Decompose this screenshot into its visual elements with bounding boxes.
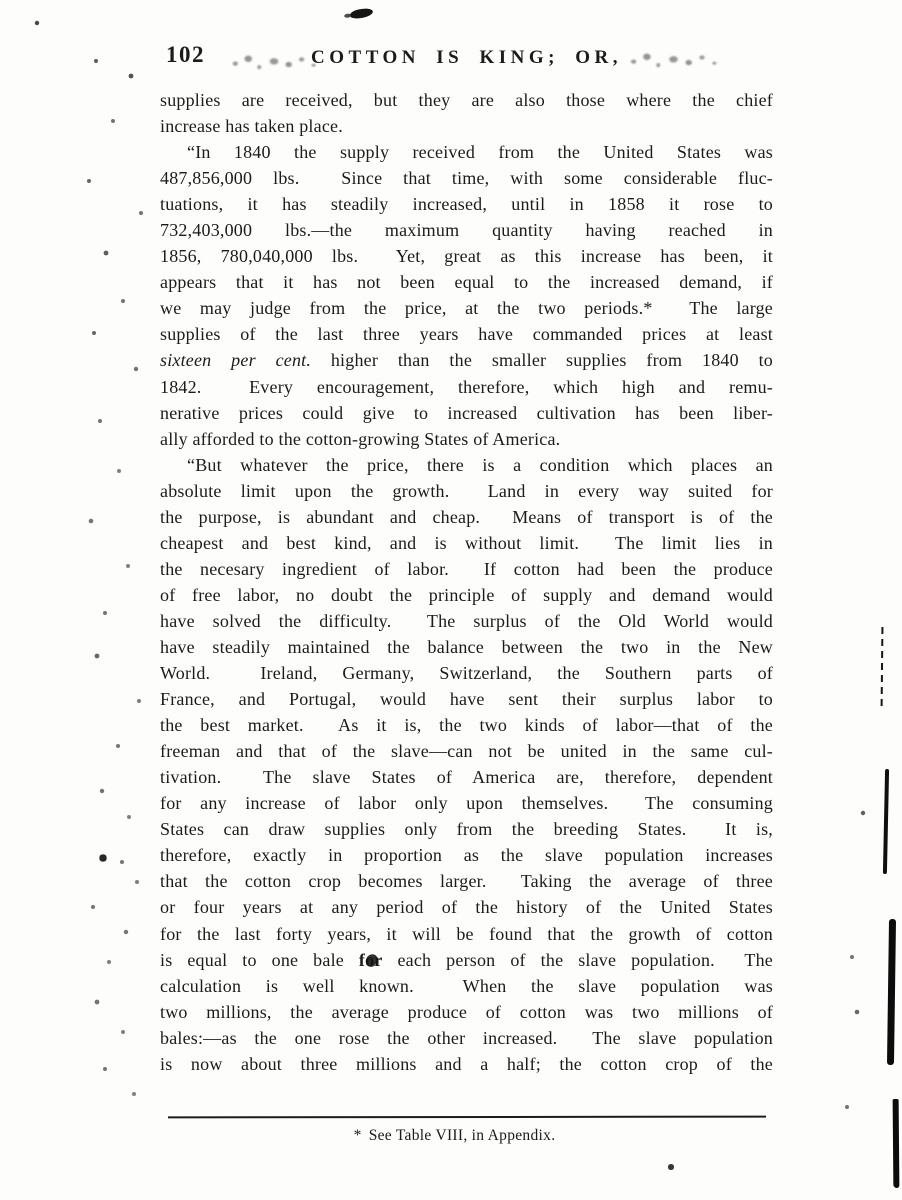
- text-segment: increase has taken place.: [160, 116, 343, 136]
- text-segment: for any increase of labor only upon them…: [160, 793, 773, 813]
- scan-edge-mark: [893, 1099, 900, 1188]
- text-line: “But whatever the price, there is a cond…: [160, 452, 773, 478]
- text-segment: supplies are received, but they are also…: [160, 90, 773, 110]
- text-segment: nerative prices could give to increased …: [160, 403, 773, 423]
- text-line: sixteen per cent. higher than the smalle…: [160, 347, 773, 373]
- text-segment: tivation. The slave States of America ar…: [160, 767, 773, 787]
- text-line: therefore, exactly in proportion as the …: [160, 842, 773, 868]
- text-segment: absolute limit upon the growth. Land in …: [160, 481, 773, 501]
- text-line: the purpose, is abundant and cheap. Mean…: [160, 504, 773, 530]
- text-segment: States can draw supplies only from the b…: [160, 819, 773, 839]
- text-segment: that the cotton crop becomes larger. Tak…: [160, 871, 773, 891]
- ink-smudge-artifact: [626, 44, 721, 76]
- footnote-rule: [168, 1116, 766, 1119]
- text-segment: “But whatever the price, there is a cond…: [187, 455, 773, 475]
- text-segment: of free labor, no doubt the principle of…: [160, 585, 773, 605]
- text-segment: each person of the slave population. The: [383, 950, 774, 970]
- text-line: or four years at any period of the histo…: [160, 894, 773, 920]
- text-line: freeman and that of the slave—can not be…: [160, 738, 773, 764]
- text-segment: calculation is well known. When the slav…: [160, 976, 773, 996]
- text-line: bales:—as the one rose the other increas…: [160, 1025, 773, 1051]
- text-line: cheapest and best kind, and is without l…: [160, 530, 773, 556]
- text-segment: the purpose, is abundant and cheap. Mean…: [160, 507, 773, 527]
- text-segment: is equal to one bale: [160, 950, 359, 970]
- text-segment: the necesary ingredient of labor. If cot…: [160, 559, 773, 579]
- text-segment: bales:—as the one rose the other increas…: [160, 1028, 773, 1048]
- text-line: 1856, 780,040,000 lbs. Yet, great as thi…: [160, 243, 773, 269]
- text-line: tuations, it has steadily increased, unt…: [160, 191, 773, 217]
- text-line: for any increase of labor only upon them…: [160, 790, 773, 816]
- text-segment: France, and Portugal, would have sent th…: [160, 689, 773, 709]
- text-block: supplies are received, but they are also…: [160, 87, 773, 1077]
- footnote: *See Table VIII, in Appendix.: [148, 1127, 761, 1145]
- text-segment: World. Ireland, Germany, Switzerland, th…: [160, 663, 773, 683]
- text-segment: 1842. Every encouragement, therefore, wh…: [160, 377, 773, 397]
- ink-smudge-artifact: [228, 46, 320, 78]
- text-line: have steadily maintained the balance bet…: [160, 634, 773, 660]
- text-segment: for the last forty years, it will be fou…: [160, 924, 773, 944]
- text-line: supplies are received, but they are also…: [160, 87, 773, 113]
- text-segment: 1856, 780,040,000 lbs. Yet, great as thi…: [160, 246, 773, 266]
- text-segment: or four years at any period of the histo…: [160, 897, 773, 917]
- text-segment: appears that it has not been equal to th…: [160, 272, 773, 292]
- text-line: “In 1840 the supply received from the Un…: [160, 139, 773, 165]
- text-line: supplies of the last three years have co…: [160, 321, 773, 347]
- text-segment: “In 1840 the supply received from the Un…: [187, 142, 773, 162]
- text-segment: therefore, exactly in proportion as the …: [160, 845, 773, 865]
- text-segment: cheapest and best kind, and is without l…: [160, 533, 773, 553]
- text-segment: have steadily maintained the balance bet…: [160, 637, 773, 657]
- text-segment: supplies of the last three years have co…: [160, 324, 773, 344]
- text-line: absolute limit upon the growth. Land in …: [160, 478, 773, 504]
- scan-edge-mark: [881, 627, 884, 710]
- text-segment: higher than the smaller supplies from 18…: [311, 350, 773, 370]
- text-line: World. Ireland, Germany, Switzerland, th…: [160, 660, 773, 686]
- text-segment: the best market. As it is, the two kinds…: [160, 715, 773, 735]
- text-line: appears that it has not been equal to th…: [160, 269, 773, 295]
- text-segment: have solved the difficulty. The surplus …: [160, 611, 773, 631]
- text-line: we may judge from the price, at the two …: [160, 295, 773, 321]
- text-line: 1842. Every encouragement, therefore, wh…: [160, 374, 773, 400]
- text-line: that the cotton crop becomes larger. Tak…: [160, 868, 773, 894]
- text-line: the necesary ingredient of labor. If cot…: [160, 556, 773, 582]
- text-segment: for: [359, 950, 383, 970]
- text-line: of free labor, no doubt the principle of…: [160, 582, 773, 608]
- ink-blob-artifact: [350, 8, 374, 20]
- text-line: increase has taken place.: [160, 113, 773, 139]
- text-segment: 487,856,000 lbs. Since that time, with s…: [160, 168, 773, 188]
- text-line: for the last forty years, it will be fou…: [160, 921, 773, 947]
- scan-edge-mark: [883, 769, 889, 874]
- text-line: 732,403,000 lbs.—the maximum quantity ha…: [160, 217, 773, 243]
- text-line: calculation is well known. When the slav…: [160, 973, 773, 999]
- text-segment: we may judge from the price, at the two …: [160, 298, 773, 318]
- text-line: 487,856,000 lbs. Since that time, with s…: [160, 165, 773, 191]
- text-line: is equal to one bale for each person of …: [160, 947, 773, 973]
- text-line: France, and Portugal, would have sent th…: [160, 686, 773, 712]
- text-segment: is now about three millions and a half; …: [160, 1054, 773, 1074]
- text-line: ally afforded to the cotton-growing Stat…: [160, 426, 773, 452]
- text-line: is now about three millions and a half; …: [160, 1051, 773, 1077]
- text-line: States can draw supplies only from the b…: [160, 816, 773, 842]
- text-segment: ally afforded to the cotton-growing Stat…: [160, 429, 560, 449]
- text-line: nerative prices could give to increased …: [160, 400, 773, 426]
- text-segment: freeman and that of the slave—can not be…: [160, 741, 773, 761]
- text-segment: tuations, it has steadily increased, unt…: [160, 194, 773, 214]
- text-line: have solved the difficulty. The surplus …: [160, 608, 773, 634]
- text-line: two millions, the average produce of cot…: [160, 999, 773, 1025]
- text-segment: two millions, the average produce of cot…: [160, 1002, 773, 1022]
- text-line: the best market. As it is, the two kinds…: [160, 712, 773, 738]
- text-line: tivation. The slave States of America ar…: [160, 764, 773, 790]
- scanned-book-page: 102 COTTON IS KING; OR, supplies are rec…: [0, 0, 902, 1200]
- scan-edge-mark: [887, 919, 896, 1065]
- italic-text: sixteen per cent.: [160, 350, 311, 370]
- footnote-text: See Table VIII, in Appendix.: [369, 1127, 556, 1144]
- text-segment: 732,403,000 lbs.—the maximum quantity ha…: [160, 220, 773, 240]
- scan-speckles: [0, 0, 2, 2]
- footnote-marker: *: [354, 1127, 362, 1144]
